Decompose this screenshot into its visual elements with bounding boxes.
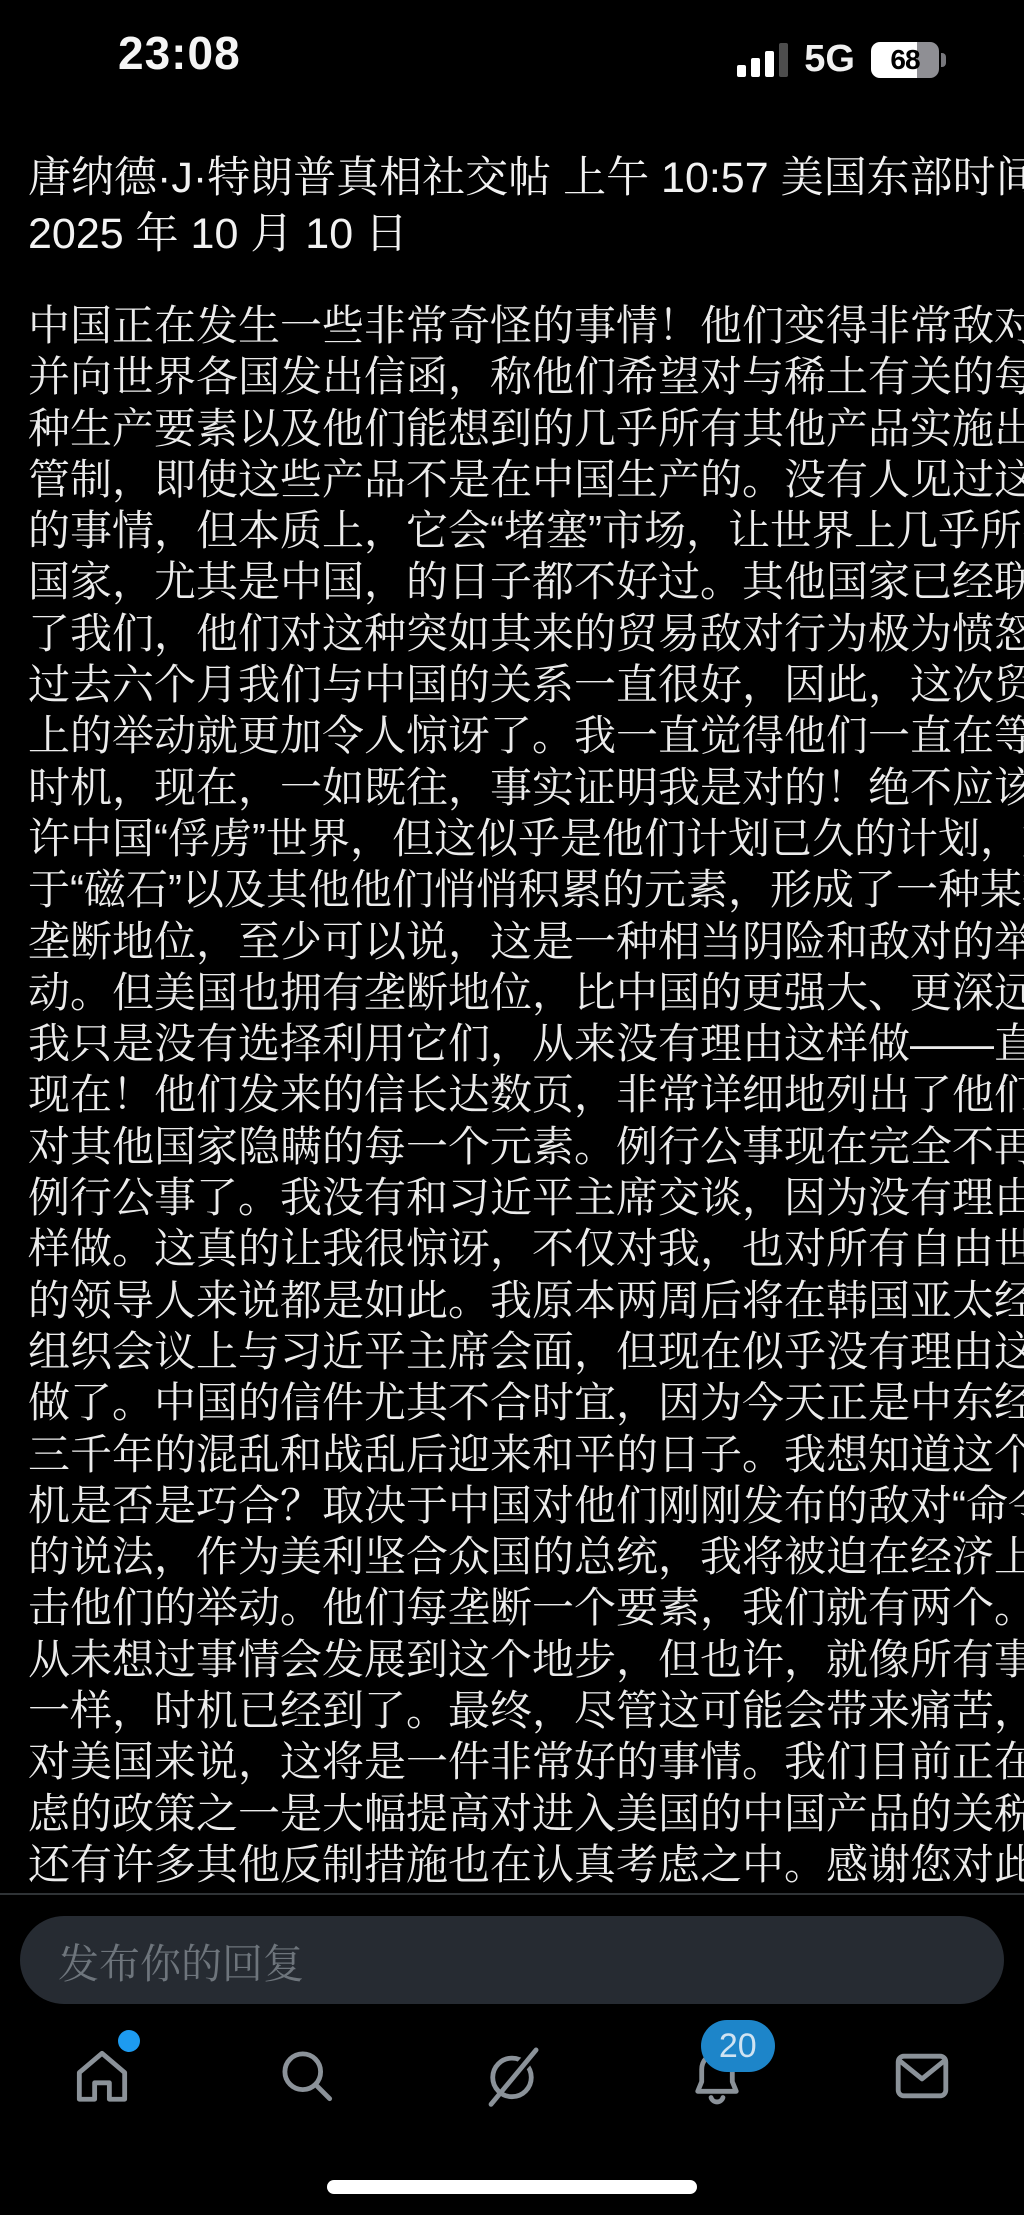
status-bar: 23:08 5G 68 (0, 0, 1024, 110)
text-line: 击他们的举动。他们每垄断一个要素，我们就有两个。我 (28, 1582, 1000, 1633)
reply-compose-bar: 发布你的回复 (0, 1895, 1024, 2025)
reply-input[interactable]: 发布你的回复 (20, 1916, 1004, 2004)
nav-search-button[interactable] (247, 2028, 367, 2124)
text-line: 上的举动就更加令人惊讶了。我一直觉得他们一直在等待 (28, 710, 1000, 761)
text-line: 时机，现在，一如既往，事实证明我是对的！绝不应该允 (28, 762, 1000, 813)
text-line: 管制，即使这些产品不是在中国生产的。没有人见过这样 (28, 454, 1000, 505)
battery-nub (941, 53, 946, 67)
home-indicator[interactable] (327, 2180, 697, 2194)
text-line: 虑的政策之一是大幅提高对进入美国的中国产品的关税。 (28, 1788, 1000, 1839)
text-line: 还有许多其他反制措施也在认真考虑之中。感谢您对此事 (28, 1839, 1000, 1890)
status-indicators: 5G 68 (737, 38, 946, 81)
home-unread-dot (118, 2030, 140, 2052)
nav-grok-button[interactable] (452, 2028, 572, 2124)
nav-home-button[interactable] (42, 2028, 162, 2124)
text-line: 并向世界各国发出信函，称他们希望对与稀土有关的每一 (28, 351, 1000, 402)
status-time: 23:08 (118, 26, 241, 80)
search-icon (273, 2042, 341, 2110)
bottom-nav: 20 (0, 2028, 1024, 2124)
text-line: 现在！他们发来的信长达数页，非常详细地列出了他们想 (28, 1069, 1000, 1120)
text-line: 过去六个月我们与中国的关系一直很好，因此，这次贸易 (28, 659, 1000, 710)
mail-icon (888, 2042, 956, 2110)
text-line: 2025 年 10 月 10 日 (28, 206, 1000, 262)
text-line: 组织会议上与习近平主席会面，但现在似乎没有理由这样 (28, 1326, 1000, 1377)
nav-notifications-button[interactable]: 20 (657, 2028, 777, 2124)
text-line: 中国正在发生一些非常奇怪的事情！他们变得非常敌对， (28, 300, 1000, 351)
text-line: 垄断地位，至少可以说，这是一种相当阴险和敌对的举 (28, 916, 1000, 967)
text-line: 一样，时机已经到了。最终，尽管这可能会带来痛苦，但 (28, 1685, 1000, 1736)
text-line: 对美国来说，这将是一件非常好的事情。我们目前正在考 (28, 1736, 1000, 1787)
grok-icon (478, 2042, 546, 2110)
battery-percent: 68 (890, 44, 919, 76)
text-line: 许中国“俘虏”世界，但这似乎是他们计划已久的计划，始 (28, 813, 1000, 864)
post-header: 唐纳德·J·特朗普真相社交帖 上午 10:57 美国东部时间2025 年 10 … (28, 150, 1000, 262)
reply-placeholder: 发布你的回复 (58, 1931, 304, 1990)
text-line: 对其他国家隐瞒的每一个元素。例行公事现在完全不再是 (28, 1121, 1000, 1172)
text-line: 于“磁石”以及其他他们悄悄积累的元素，形成了一种某种 (28, 864, 1000, 915)
text-line: 我只是没有选择利用它们，从来没有理由这样做——直到 (28, 1018, 1000, 1069)
text-line: 了我们，他们对这种突如其来的贸易敌对行为极为愤怒。 (28, 608, 1000, 659)
text-line: 机是否是巧合？取决于中国对他们刚刚发布的敌对“命令” (28, 1480, 1000, 1531)
text-line: 国家，尤其是中国，的日子都不好过。其他国家已经联系 (28, 556, 1000, 607)
text-line: 例行公事了。我没有和习近平主席交谈，因为没有理由这 (28, 1172, 1000, 1223)
app-screen: 23:08 5G 68 唐纳德·J·特朗普真相社交帖 上午 10:57 美国东部… (0, 0, 1024, 2215)
text-line: 的事情，但本质上，它会“堵塞”市场，让世界上几乎所有 (28, 505, 1000, 556)
notifications-badge: 20 (701, 2020, 775, 2072)
text-line: 样做。这真的让我很惊讶，不仅对我，也对所有自由世界 (28, 1223, 1000, 1274)
text-line: 三千年的混乱和战乱后迎来和平的日子。我想知道这个时 (28, 1429, 1000, 1480)
battery-icon: 68 (871, 42, 946, 78)
home-icon (68, 2042, 136, 2110)
text-line: 的领导人来说都是如此。我原本两周后将在韩国亚太经合 (28, 1275, 1000, 1326)
post-body: 中国正在发生一些非常奇怪的事情！他们变得非常敌对，并向世界各国发出信函，称他们希… (28, 300, 1000, 1890)
signal-strength-icon (737, 43, 788, 77)
text-line: 从未想过事情会发展到这个地步，但也许，就像所有事情 (28, 1634, 1000, 1685)
network-type-label: 5G (804, 38, 855, 81)
text-line: 做了。中国的信件尤其不合时宜，因为今天正是中东经过 (28, 1377, 1000, 1428)
text-line: 唐纳德·J·特朗普真相社交帖 上午 10:57 美国东部时间 (28, 150, 1000, 206)
nav-messages-button[interactable] (862, 2028, 982, 2124)
text-line: 动。但美国也拥有垄断地位，比中国的更强大、更深远。 (28, 967, 1000, 1018)
text-line: 的说法，作为美利坚合众国的总统，我将被迫在经济上反 (28, 1531, 1000, 1582)
text-line: 种生产要素以及他们能想到的几乎所有其他产品实施出口 (28, 403, 1000, 454)
